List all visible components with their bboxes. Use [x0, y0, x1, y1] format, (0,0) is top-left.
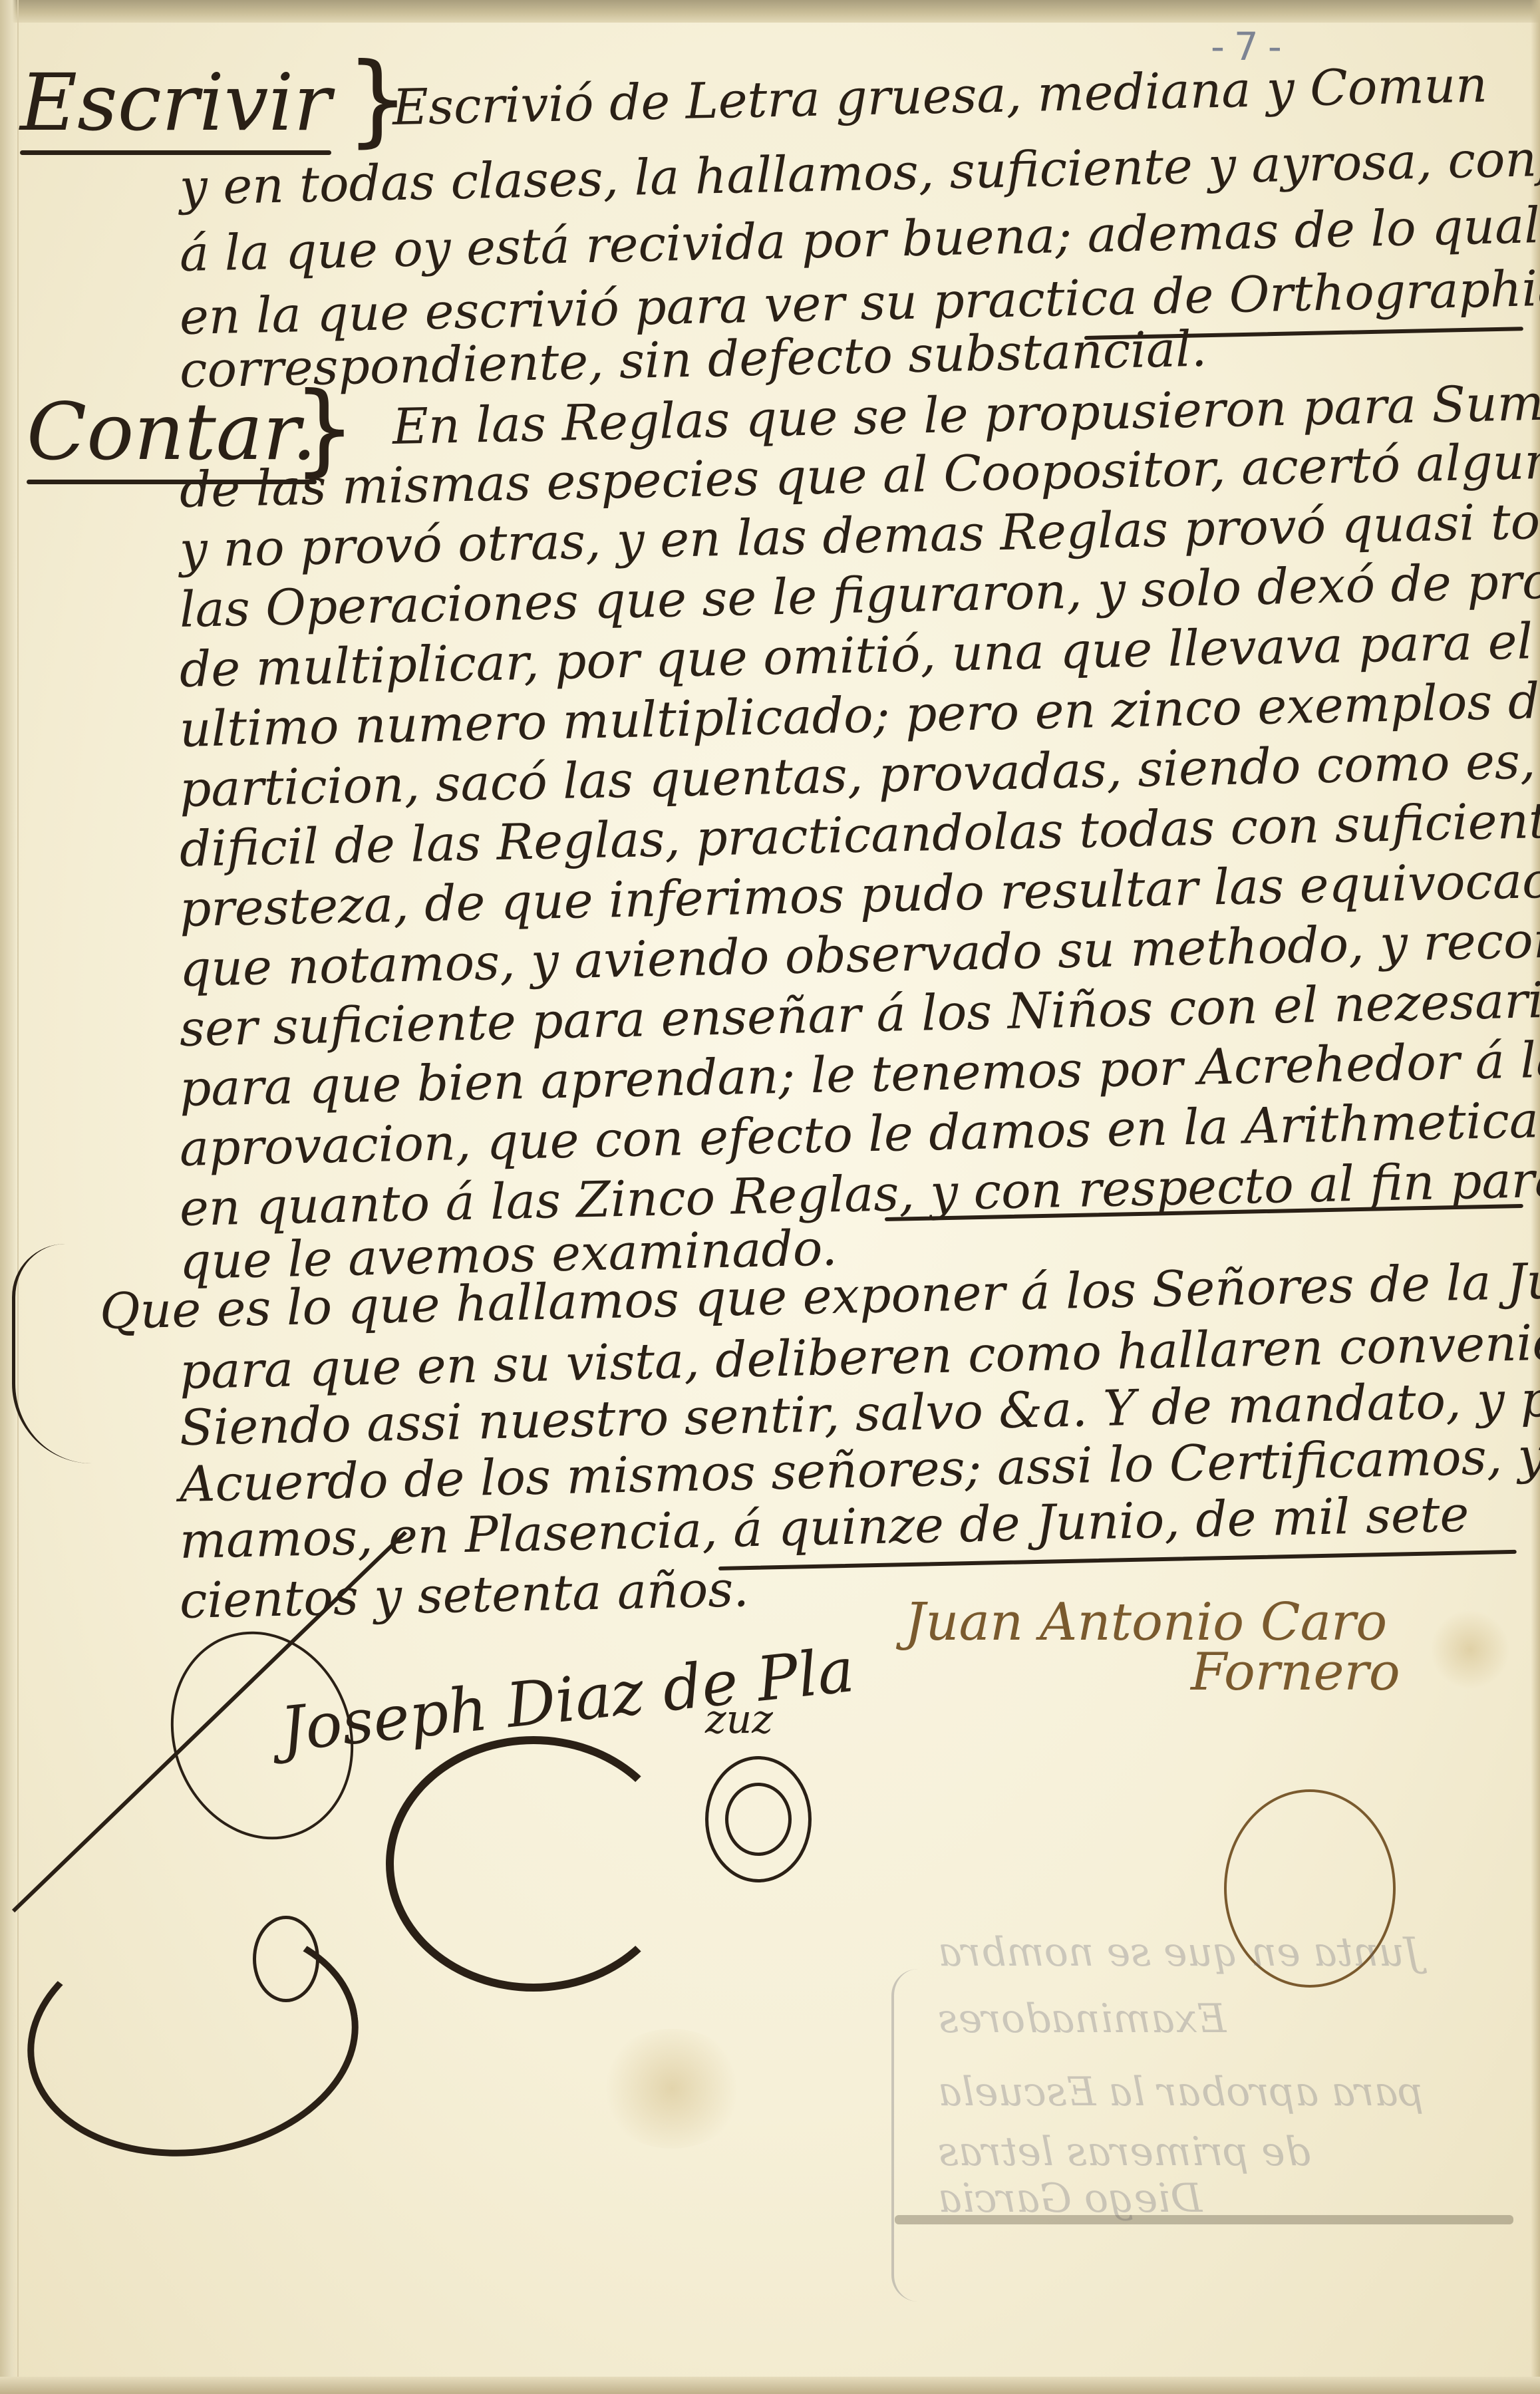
- bleed-line: para aprobar la Escuela: [938, 2069, 1424, 2115]
- bleed-line: Examinadores: [938, 1996, 1226, 2042]
- signature-rubric-spiral: [725, 1783, 792, 1856]
- heading-text: Escrivir: [20, 57, 331, 148]
- signature-rubric: [386, 1736, 681, 1992]
- decorative-rubric-loop: [253, 1916, 319, 2002]
- bleed-brace: [891, 1969, 927, 2302]
- signature-name-continuation: Fornero: [1191, 1646, 1400, 1698]
- section-heading-escrivir: Escrivir: [20, 63, 331, 142]
- text-line: Escrivió de Letra gruesa, mediana y Comu…: [392, 60, 1497, 132]
- manuscript-page: -7- Escrivir } Escrivió de Letra gruesa,…: [0, 0, 1540, 2394]
- signature-name: Juan Antonio Caro: [905, 1596, 1387, 1648]
- signature-name-continuation: zuz: [705, 1700, 773, 1739]
- bleed-line: de primeras letras: [938, 2129, 1310, 2175]
- bleed-line: Junta en que se nombra: [938, 1929, 1420, 1976]
- bleed-rule: [895, 2215, 1513, 2224]
- paragraph-flourish: [12, 1244, 148, 1463]
- heading-underline: [20, 150, 331, 155]
